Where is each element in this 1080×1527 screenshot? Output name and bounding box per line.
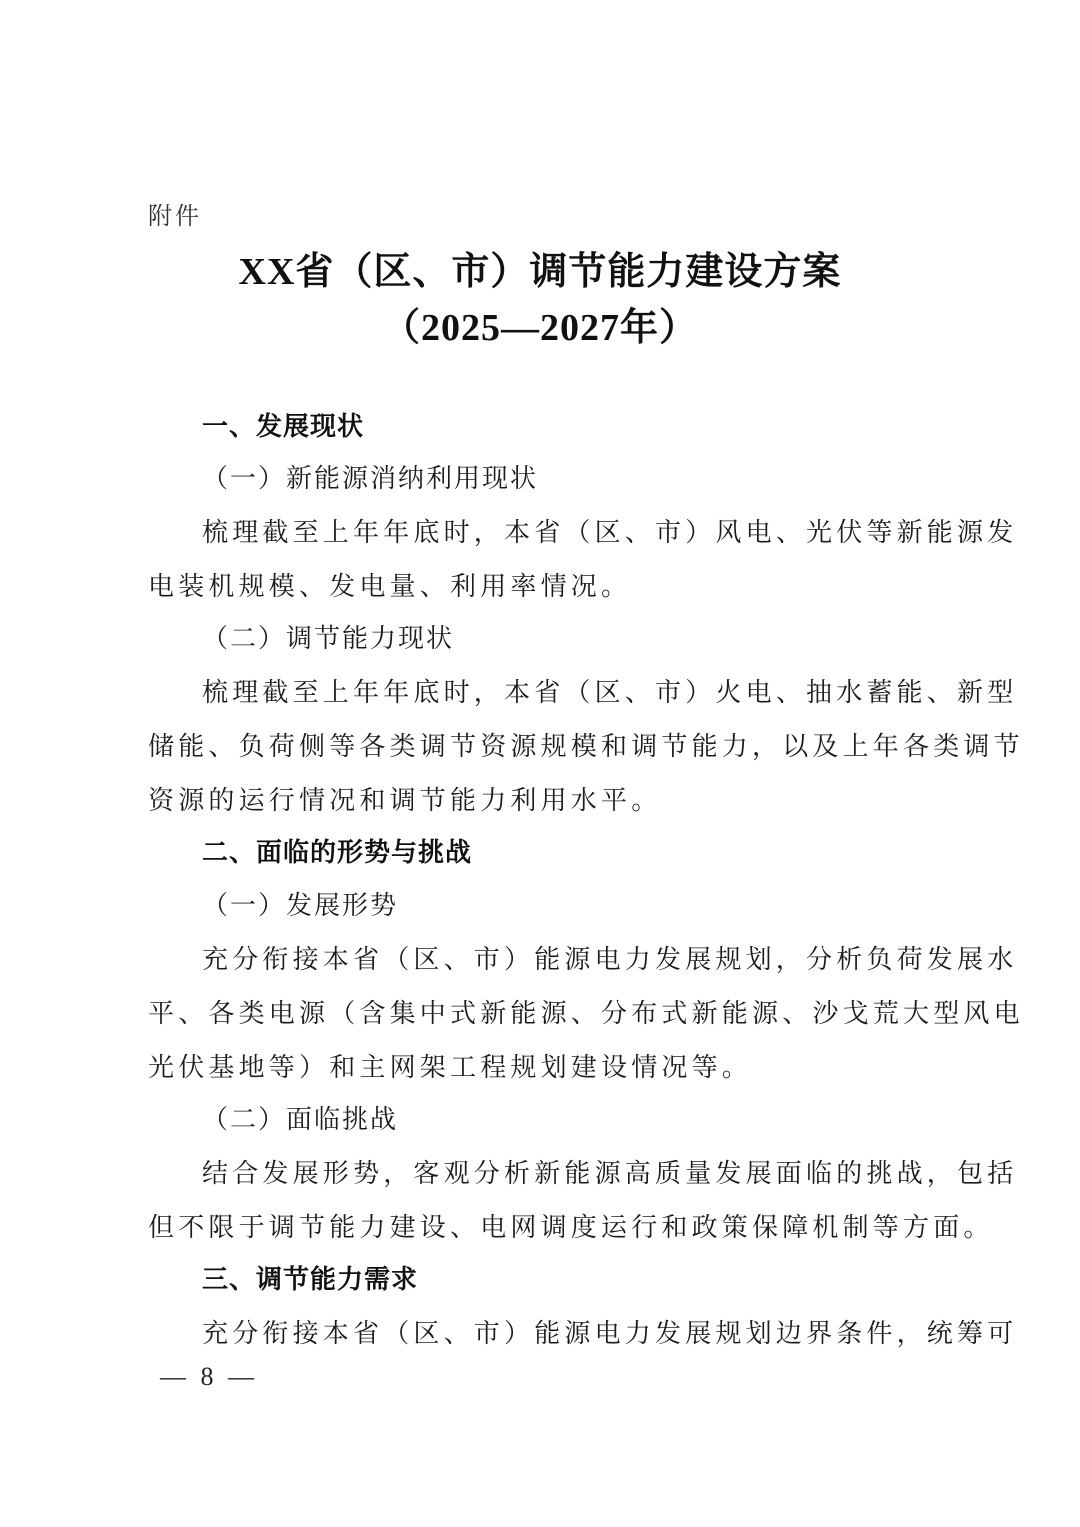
- paragraph-line: 光伏基地等）和主网架工程规划建设情况等。: [148, 1051, 938, 1085]
- paragraph-line: 平、各类电源（含集中式新能源、分布式新能源、沙戈荒大型风电: [148, 997, 938, 1031]
- subsection-heading-1-1: （一）新能源消纳利用现状: [202, 462, 992, 496]
- document-title: XX省（区、市）调节能力建设方案: [0, 240, 1080, 295]
- paragraph-line: 梳理截至上年年底时，本省（区、市）火电、抽水蓄能、新型: [202, 676, 992, 710]
- paragraph-line: 但不限于调节能力建设、电网调度运行和政策保障机制等方面。: [148, 1211, 938, 1245]
- paragraph-line: 梳理截至上年年底时，本省（区、市）风电、光伏等新能源发: [202, 516, 992, 550]
- section-heading-1: 一、发展现状: [202, 410, 992, 444]
- subsection-heading-2-2: （二）面临挑战: [202, 1103, 992, 1137]
- section-heading-3: 三、调节能力需求: [202, 1263, 992, 1297]
- paragraph-line: 充分衔接本省（区、市）能源电力发展规划边界条件，统筹可: [202, 1317, 992, 1351]
- subsection-heading-1-2: （二）调节能力现状: [202, 622, 992, 656]
- paragraph-line: 充分衔接本省（区、市）能源电力发展规划，分析负荷发展水: [202, 943, 992, 977]
- paragraph-line: 结合发展形势，客观分析新能源高质量发展面临的挑战，包括: [202, 1157, 992, 1191]
- paragraph-line: 资源的运行情况和调节能力利用水平。: [148, 784, 938, 818]
- attachment-label: 附件: [148, 196, 202, 231]
- paragraph-line: 储能、负荷侧等各类调节资源规模和调节能力，以及上年各类调节: [148, 730, 938, 764]
- page-number: — 8 —: [160, 1362, 258, 1392]
- subsection-heading-2-1: （一）发展形势: [202, 889, 992, 923]
- document-page: 附件 XX省（区、市）调节能力建设方案 （2025—2027年） 一、发展现状 …: [0, 0, 1080, 1527]
- section-heading-2: 二、面临的形势与挑战: [202, 836, 992, 870]
- paragraph-line: 电装机规模、发电量、利用率情况。: [148, 570, 938, 604]
- document-title-period: （2025—2027年）: [0, 296, 1080, 351]
